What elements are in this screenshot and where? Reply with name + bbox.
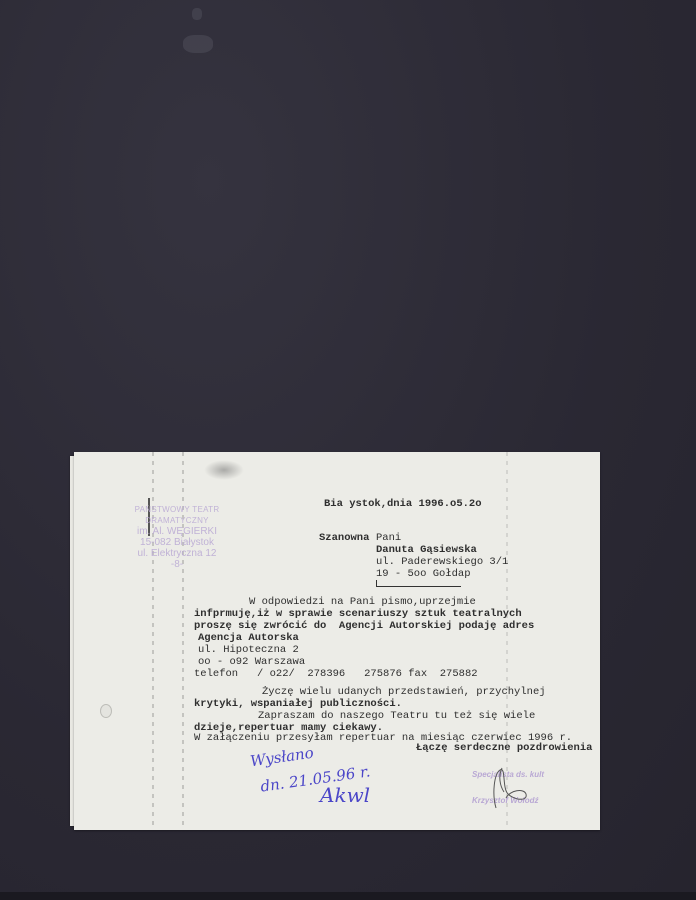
agency-city: oo - o92 Warszawa	[198, 656, 305, 668]
recipient-title: Pani	[376, 532, 401, 544]
agency-phone: telefon / o22/ 278396 275876 fax 275882	[194, 668, 478, 680]
body-line: infprmuję,iż w sprawie scenariuszy sztuk…	[194, 608, 522, 620]
handwritten-signature: Akwl	[320, 786, 370, 804]
body-line: W odpowiedzi na Pani pismo,uprzejmie	[249, 596, 476, 608]
signature-scribble	[488, 764, 532, 812]
letter-page: PAŃSTWOWY TEATR DRAMATYCZNY im. Al. WĘGI…	[74, 452, 600, 830]
scanner-edge	[0, 892, 696, 900]
closing: Łączę serdeczne pozdrowienia	[416, 742, 592, 754]
recipient-street: ul. Paderewskiego 3/1	[376, 556, 508, 568]
body-line: Zapraszam do naszego Teatru tu też się w…	[258, 710, 535, 722]
background-speck	[183, 35, 213, 53]
place-date: Bia ystok,dnia 1996.o5.2o	[324, 498, 482, 510]
salutation: Szanowna	[319, 532, 369, 544]
body-line: Życzę wielu udanych przedstawień, przych…	[262, 686, 546, 698]
body-line: krytyki, wspaniałej publiczności.	[194, 698, 402, 710]
punch-hole	[100, 704, 112, 718]
agency-street: ul. Hipoteczna 2	[198, 644, 299, 656]
body-line: proszę się zwrócić do Agencji Autorskiej…	[194, 620, 534, 632]
underline-mark	[376, 580, 461, 587]
stain-mark	[204, 460, 244, 480]
agency-name: Agencja Autorska	[198, 632, 299, 644]
recipient-city: 19 - 5oo Gołdap	[376, 568, 471, 580]
institution-stamp: PAŃSTWOWY TEATR DRAMATYCZNY im. Al. WĘGI…	[102, 504, 252, 570]
handwritten-sent-note: Wysłano	[249, 744, 315, 771]
background-speck	[192, 8, 202, 20]
recipient-name: Danuta Gąsiewska	[376, 544, 477, 556]
